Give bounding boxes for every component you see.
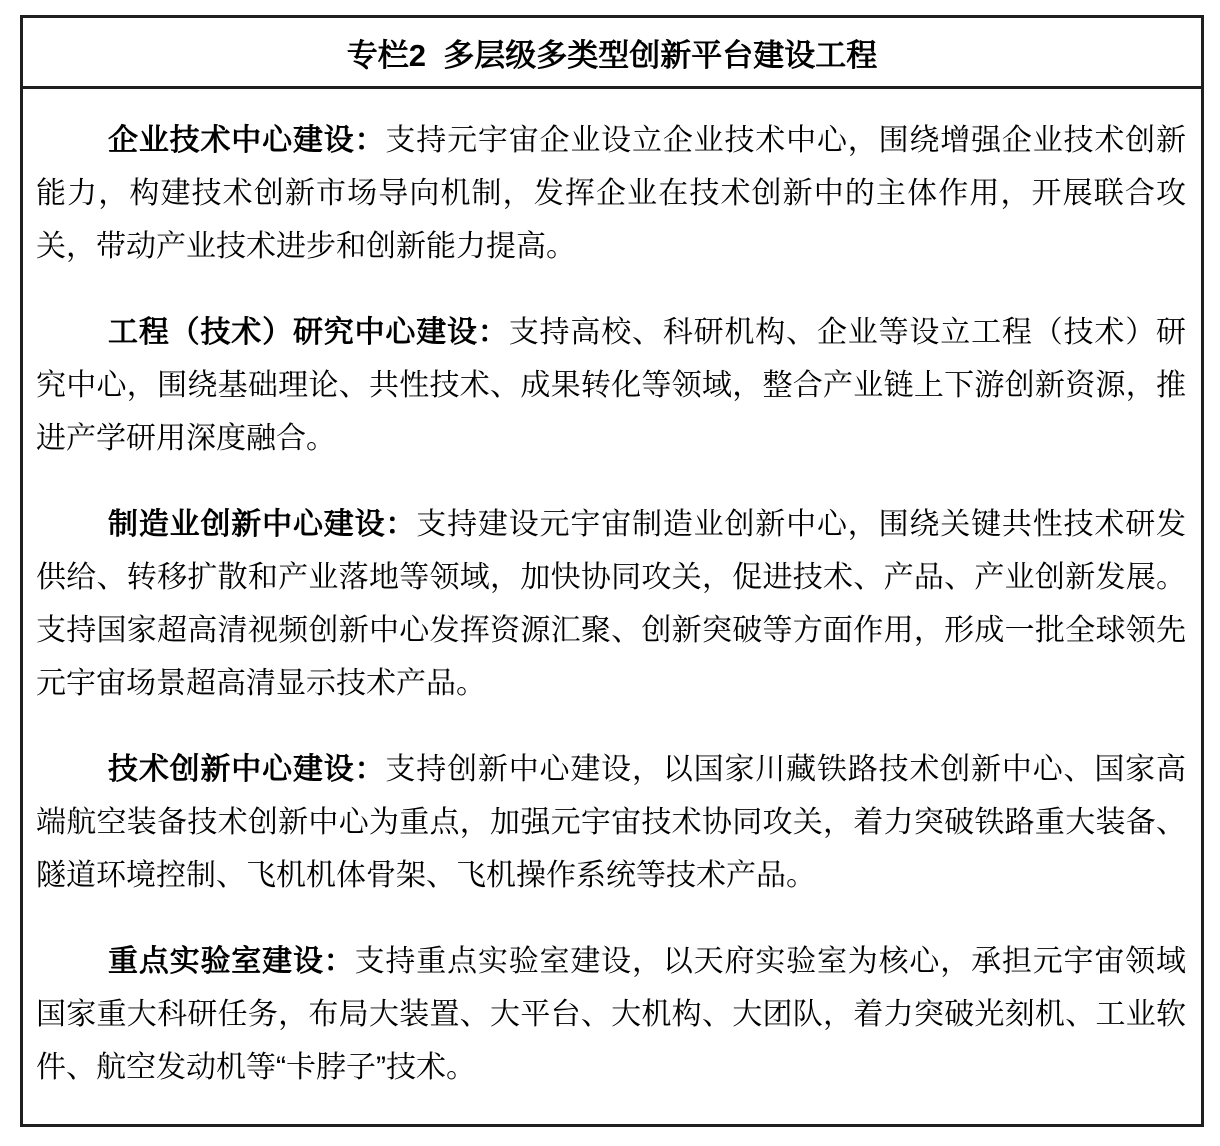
paragraph-engineering-research-center: 工程（技术）研究中心建设：支持高校、科研机构、企业等设立工程（技术）研究中心，围… [36, 306, 1186, 465]
paragraph-manufacturing-innovation-center: 制造业创新中心建设：支持建设元宇宙制造业创新中心，围绕关键共性技术研发供给、转移… [36, 498, 1186, 710]
paragraph-enterprise-technology-center: 企业技术中心建设：支持元宇宙企业设立企业技术中心，围绕增强企业技术创新能力，构建… [36, 114, 1186, 273]
paragraph-heading: 重点实验室建设： [108, 945, 355, 978]
column-title: 专栏2 多层级多类型创新平台建设工程 [23, 18, 1201, 89]
column-box: 专栏2 多层级多类型创新平台建设工程 企业技术中心建设：支持元宇宙企业设立企业技… [20, 15, 1204, 1127]
column-body: 企业技术中心建设：支持元宇宙企业设立企业技术中心，围绕增强企业技术创新能力，构建… [23, 89, 1201, 1094]
paragraph-heading: 企业技术中心建设： [108, 124, 385, 157]
paragraph-heading: 制造业创新中心建设： [108, 508, 416, 541]
paragraph-heading: 技术创新中心建设： [108, 753, 385, 786]
paragraph-technology-innovation-center: 技术创新中心建设：支持创新中心建设，以国家川藏铁路技术创新中心、国家高端航空装备… [36, 743, 1186, 902]
paragraph-key-laboratory: 重点实验室建设：支持重点实验室建设，以天府实验室为核心，承担元宇宙领域国家重大科… [36, 935, 1186, 1094]
paragraph-heading: 工程（技术）研究中心建设： [108, 316, 509, 349]
